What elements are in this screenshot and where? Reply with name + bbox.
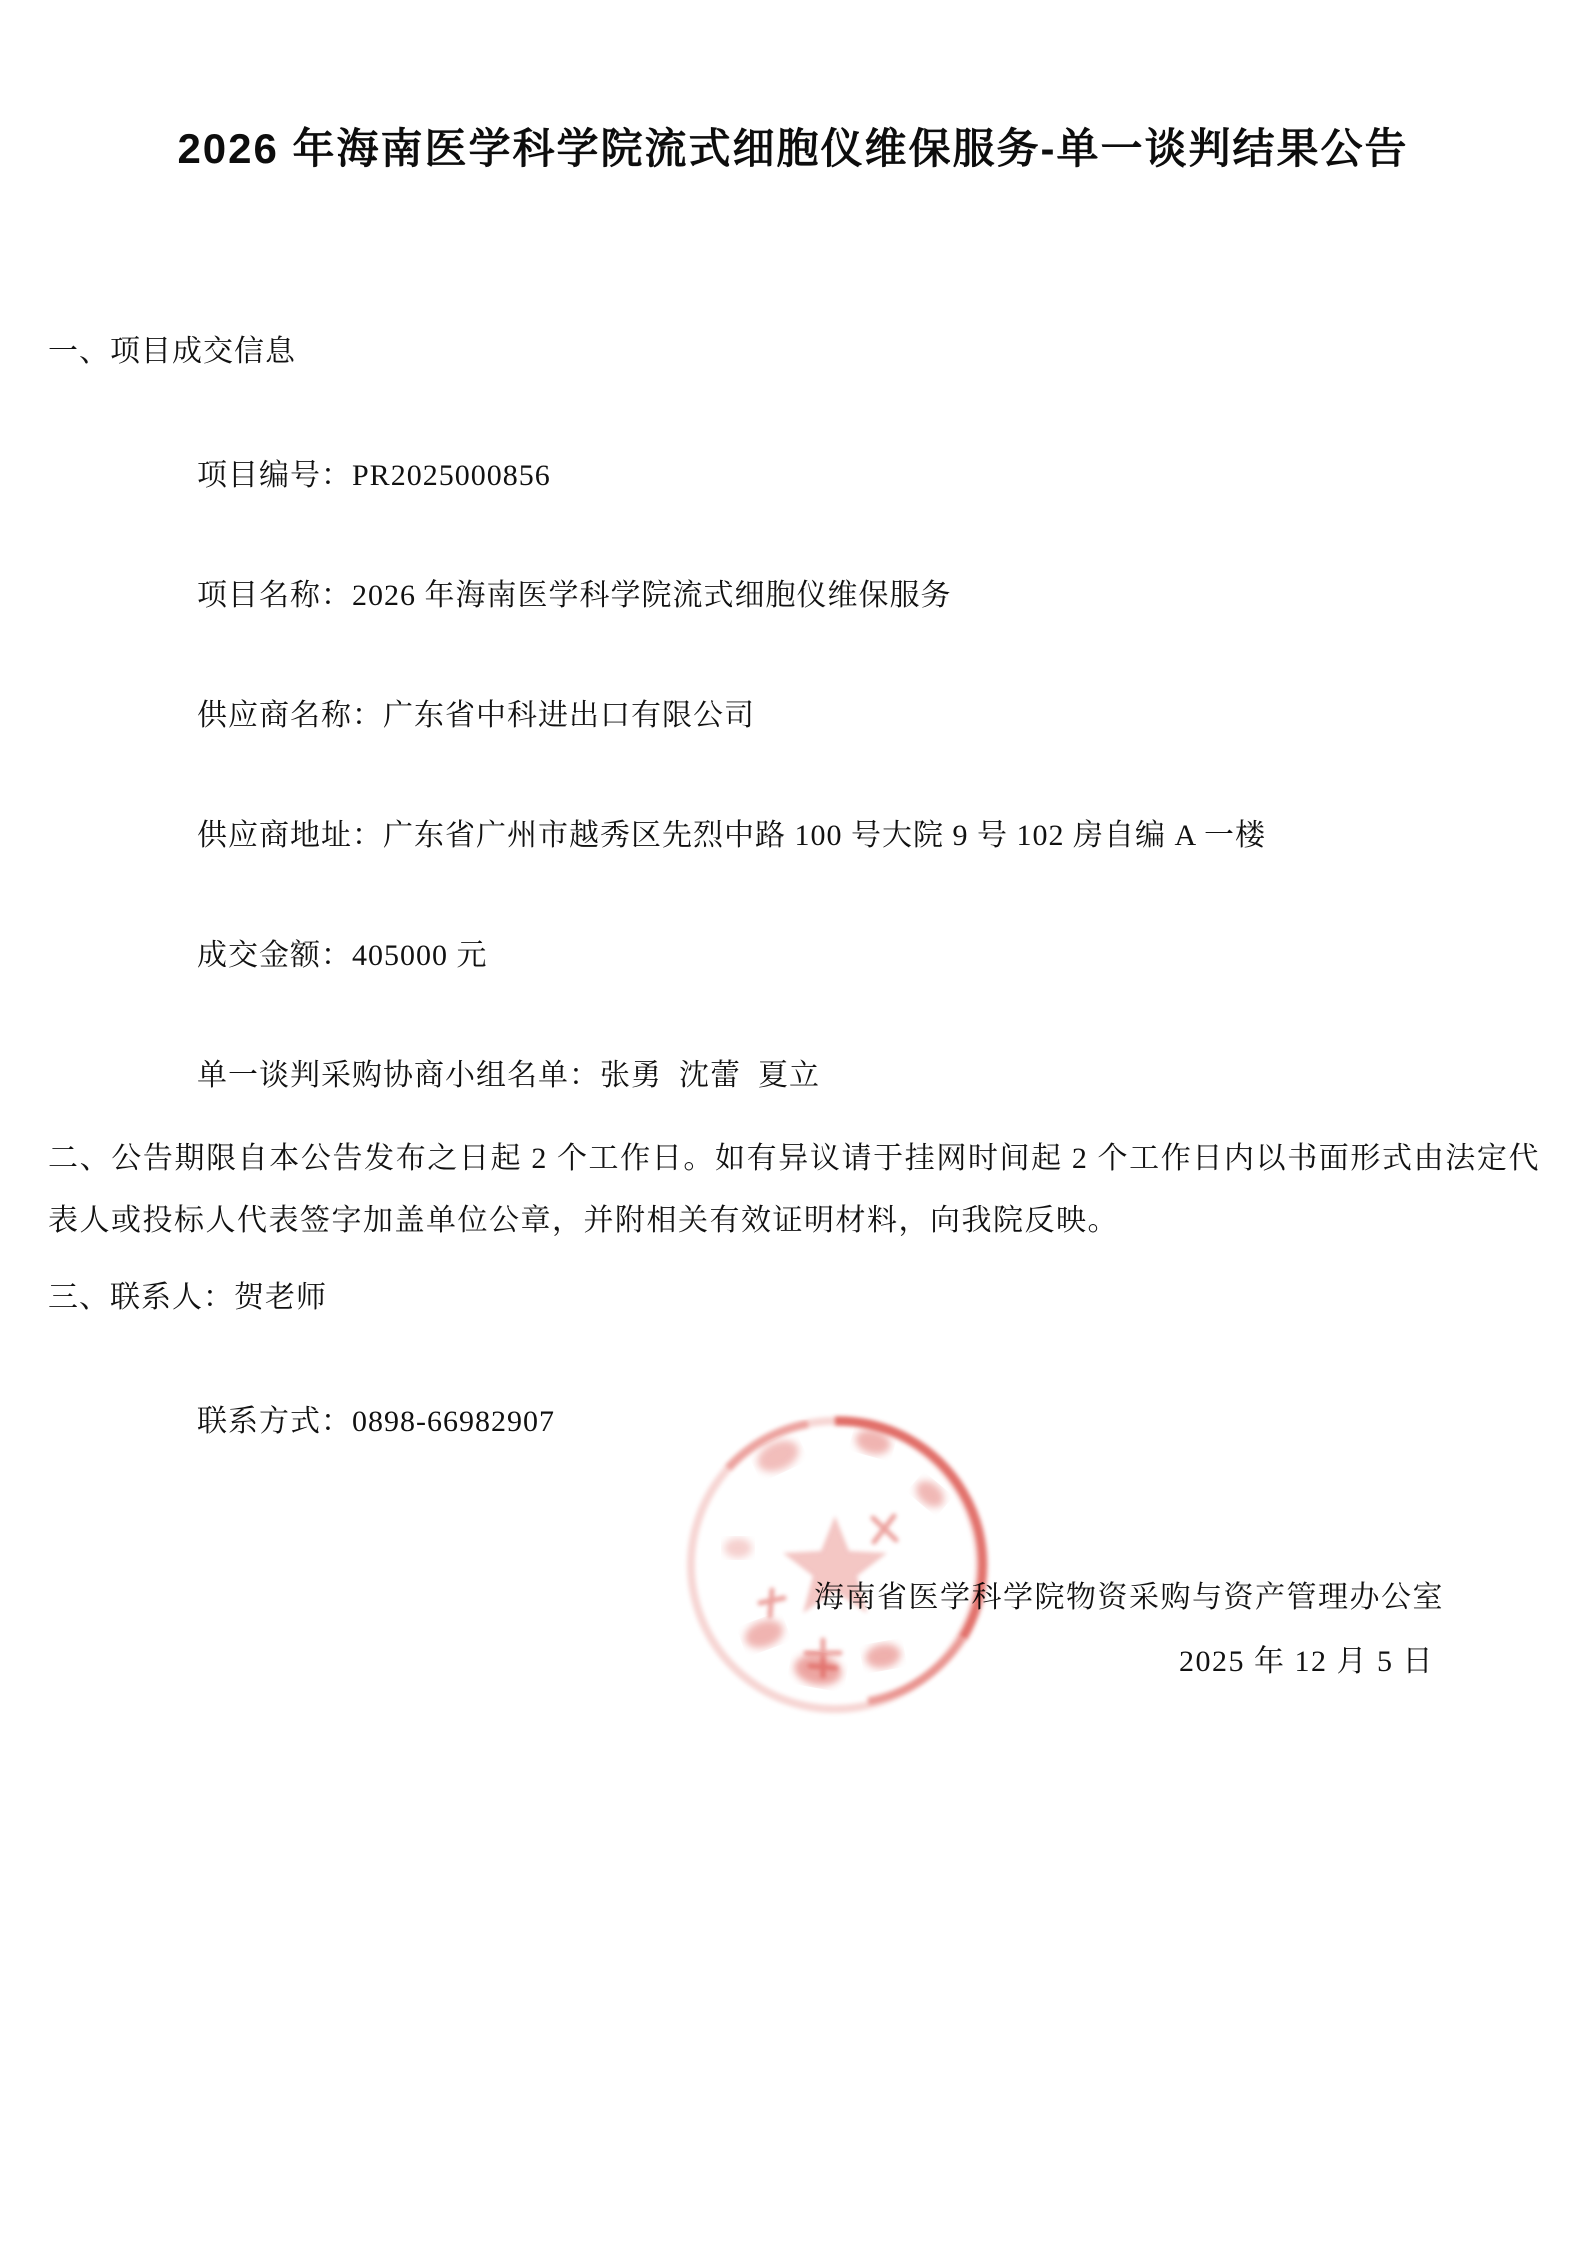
contact-name: 贺老师: [234, 1281, 327, 1314]
section2-paragraph: 二、公告期限自本公告发布之日起 2 个工作日。如有异议请于挂网时间起 2 个工作…: [48, 1128, 1540, 1252]
field-label: 单一谈判采购协商小组名单：: [197, 1059, 600, 1092]
section3-heading: 三、联系人：贺老师: [48, 1272, 327, 1316]
page-title: 2026 年海南医学科学院流式细胞仪维保服务-单一谈判结果公告: [0, 116, 1586, 176]
field-deal-amount: 成交金额：405000 元: [197, 930, 488, 974]
field-project-name: 项目名称：2026 年海南医学科学院流式细胞仪维保服务: [197, 570, 952, 614]
field-supplier-address: 供应商地址：广东省广州市越秀区先烈中路 100 号大院 9 号 102 房自编 …: [197, 810, 1266, 854]
field-value: 广东省中科进出口有限公司: [383, 699, 755, 732]
field-value: PR2025000856: [352, 459, 551, 492]
contact-phone-line: 联系方式：0898-66982907: [197, 1396, 555, 1440]
field-label: 供应商地址：: [197, 819, 383, 852]
field-negotiation-group: 单一谈判采购协商小组名单：张勇 沈蕾 夏立: [197, 1050, 820, 1094]
document-page: 2026 年海南医学科学院流式细胞仪维保服务-单一谈判结果公告 一、项目成交信息…: [0, 0, 1586, 2242]
field-value: 405000 元: [352, 939, 488, 972]
field-label: 项目名称：: [197, 579, 352, 612]
field-label: 成交金额：: [197, 939, 352, 972]
section1-heading: 一、项目成交信息: [48, 326, 296, 370]
signature-date: 2025 年 12 月 5 日: [0, 1636, 1586, 1680]
field-value: 张勇 沈蕾 夏立: [600, 1059, 820, 1092]
phone-label: 联系方式：: [197, 1405, 352, 1438]
signature-organization: 海南省医学科学院物资采购与资产管理办公室: [0, 1572, 1586, 1616]
field-value: 2026 年海南医学科学院流式细胞仪维保服务: [352, 579, 952, 612]
field-label: 供应商名称：: [197, 699, 383, 732]
phone-value: 0898-66982907: [352, 1405, 555, 1438]
official-red-seal-stamp-icon: [668, 1398, 1002, 1732]
field-project-number: 项目编号：PR2025000856: [197, 450, 551, 494]
field-value: 广东省广州市越秀区先烈中路 100 号大院 9 号 102 房自编 A 一楼: [383, 819, 1266, 852]
contact-label: 三、联系人：: [48, 1281, 234, 1314]
field-label: 项目编号：: [197, 459, 352, 492]
field-supplier-name: 供应商名称：广东省中科进出口有限公司: [197, 690, 755, 734]
